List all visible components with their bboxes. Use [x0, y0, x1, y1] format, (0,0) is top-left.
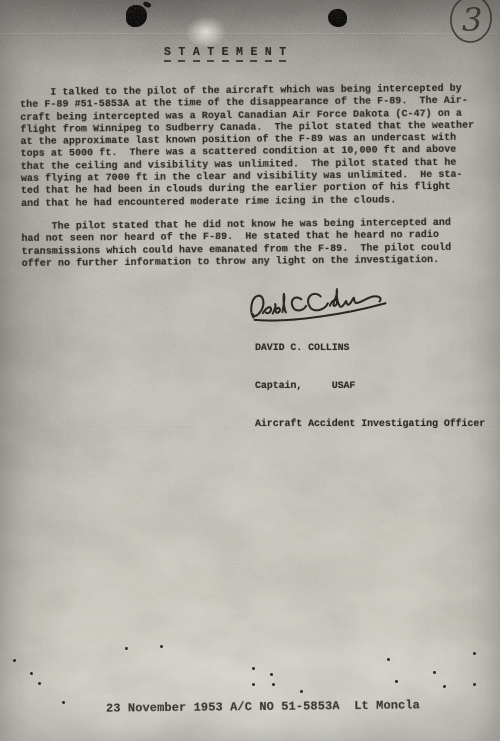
page-number-circle: 3 [444, 0, 498, 47]
scan-speckle [13, 659, 16, 662]
title-letter: N [265, 46, 272, 62]
footer-reference-line: 23 November 1953 A/C NO 51-5853A Lt Monc… [106, 698, 420, 715]
title-letter: T [279, 46, 286, 62]
signatory-name: DAVID C. COLLINS [255, 343, 485, 356]
paper-crease [0, 562, 500, 564]
title-letter: A [193, 46, 200, 62]
scan-speckle [272, 683, 275, 686]
signatory-title: Aircraft Accident Investigating Officer [255, 419, 485, 432]
scan-speckle [125, 647, 128, 650]
scan-speckle [387, 658, 390, 661]
scan-speckle [433, 671, 436, 674]
hole-punch-dot-right [328, 9, 347, 27]
scan-speckle [395, 680, 398, 683]
title-letter: M [236, 46, 243, 62]
paper-crease [0, 33, 500, 35]
scan-speckle [62, 701, 65, 704]
statement-body: I talked to the pilot of the aircraft wh… [20, 84, 488, 272]
title-letter: E [222, 46, 229, 62]
signature-stroke-c-c [291, 293, 328, 311]
signature-stroke-ollins [329, 287, 381, 307]
title-letter: E [250, 46, 257, 62]
paragraph-2: The pilot stated that he did not know he… [21, 217, 487, 271]
paragraph-1: I talked to the pilot of the aircraft wh… [20, 84, 487, 211]
scan-speckle [443, 685, 446, 688]
scan-speckle [252, 683, 255, 686]
signatory-rank: Captain, USAF [255, 381, 485, 394]
document-title: STATEMENT [164, 46, 294, 62]
scan-speckle [252, 667, 255, 670]
title-letter: S [164, 46, 171, 62]
signature-block: DAVID C. COLLINS Captain, USAF Aircraft … [255, 318, 485, 457]
signature-stroke-david [251, 294, 287, 318]
scan-speckle [270, 673, 273, 676]
title-letter: T [207, 46, 214, 62]
scan-speckle [300, 690, 303, 693]
scan-speckle [160, 645, 163, 648]
hole-punch-dot-left [126, 5, 147, 27]
scan-speckle [30, 672, 33, 675]
scan-speckle [473, 683, 476, 686]
title-letter: T [178, 46, 185, 62]
scanned-document-page: 3 STATEMENT I talked to the pilot of the… [0, 0, 500, 741]
page-number: 3 [462, 1, 482, 39]
scan-speckle [473, 652, 476, 655]
scan-speckle [38, 682, 41, 685]
